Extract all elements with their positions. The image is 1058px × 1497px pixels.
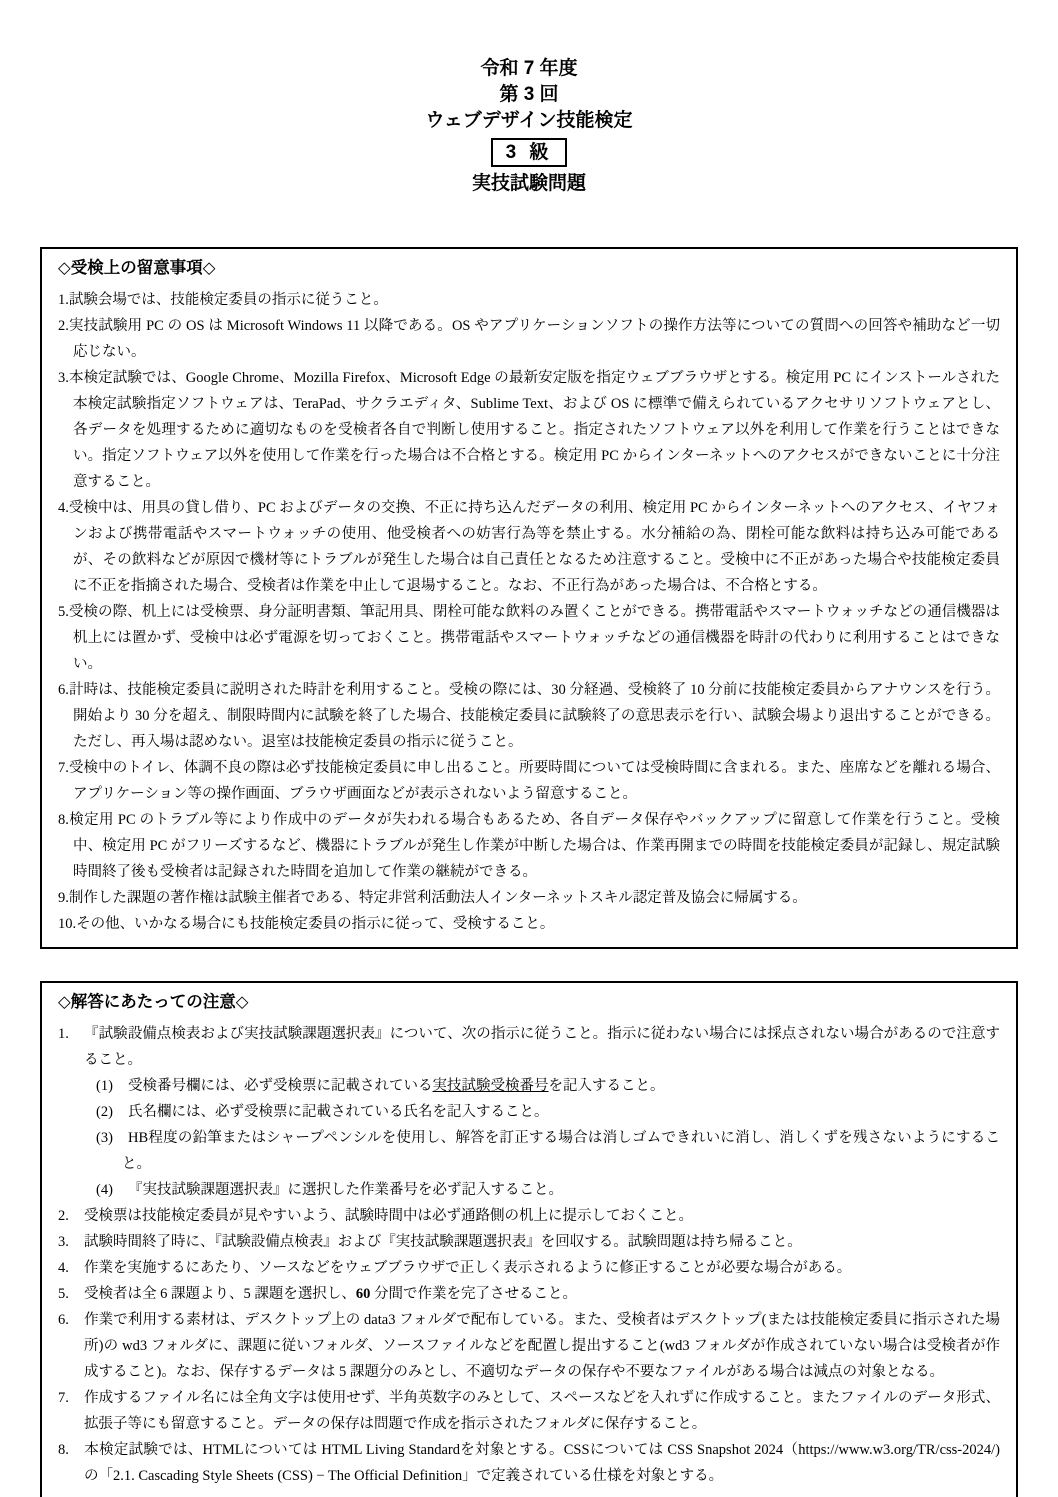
item-number: 5. [58, 1281, 84, 1307]
item-number: 2. [58, 1203, 84, 1229]
list-item: 6.作業で利用する素材は、デスクトップ上の data3 フォルダで配布している。… [58, 1307, 1000, 1385]
list-item: 3.本検定試験では、Google Chrome、Mozilla Firefox、… [58, 365, 1000, 495]
text-run: 『実技試験課題選択表』に選択した作業番号を必ず記入すること。 [128, 1182, 563, 1198]
item-number: 4. [58, 500, 69, 516]
item-number: 10. [58, 916, 76, 932]
text-run: 受検中のトイレ、体調不良の際は必ず技能検定委員に申し出ること。所要時間については… [69, 760, 1000, 802]
list-item: 6.計時は、技能検定委員に説明された時計を利用すること。受検の際には、30 分経… [58, 677, 1000, 755]
examination-notes-list: 1.試験会場では、技能検定委員の指示に従うこと。2.実技試験用 PC の OS … [58, 287, 1000, 937]
text-run: その他、いかなる場合にも技能検定委員の指示に従って、受検すること。 [76, 916, 554, 932]
exam-document-page: 令和 7 年度 第 3 回 ウェブデザイン技能検定 3 級 実技試験問題 ◇受検… [0, 0, 1058, 1497]
list-item: 5.受検者は全 6 課題より、5 課題を選択し、60 分間で作業を完了させること… [58, 1281, 1000, 1307]
list-item: 3.試験時間終了時に、『試験設備点検表』および『実技試験課題選択表』を回収する。… [58, 1229, 1000, 1255]
list-item: 1.試験会場では、技能検定委員の指示に従うこと。 [58, 287, 1000, 313]
text-run: 試験会場では、技能検定委員の指示に従うこと。 [69, 292, 388, 308]
title-year: 令和 7 年度 [0, 56, 1058, 82]
list-item: 2.受検票は技能検定委員が見やすいよう、試験時間中は必ず通路側の机上に提示してお… [58, 1203, 1000, 1229]
title-exam-name: ウェブデザイン技能検定 [0, 108, 1058, 134]
title-round: 第 3 回 [0, 82, 1058, 108]
text-run: 試験時間終了時に、『試験設備点検表』および『実技試験課題選択表』を回収する。試験… [84, 1234, 802, 1250]
grade-badge-row: 3 級 [0, 138, 1058, 167]
item-number: 8. [58, 1437, 84, 1463]
list-item: 1.『試験設備点検表および実技試験課題選択表』について、次の指示に従うこと。指示… [58, 1021, 1000, 1073]
item-number: (1) [96, 1073, 128, 1099]
item-number: 2. [58, 318, 69, 334]
text-run: 受検の際、机上には受検票、身分証明書類、筆記用具、閉栓可能な飲料のみ置くことがで… [69, 604, 1000, 672]
list-item: (3)HB程度の鉛筆またはシャープペンシルを使用し、解答を訂正する場合は消しゴム… [96, 1125, 1000, 1177]
title-subtitle: 実技試験問題 [0, 171, 1058, 197]
grade-badge: 3 級 [491, 138, 568, 167]
text-run: 作業で利用する素材は、デスクトップ上の data3 フォルダで配布している。また… [84, 1312, 1000, 1380]
list-item: 8.本検定試験では、HTMLについては HTML Living Standard… [58, 1437, 1000, 1489]
item-number: 1. [58, 292, 69, 308]
section-heading-examination-notes: ◇受検上の留意事項◇ [58, 255, 1000, 281]
item-number: (4) [96, 1177, 128, 1203]
item-number: 8. [58, 812, 69, 828]
item-number: 4. [58, 1255, 84, 1281]
text-run: 受検番号欄には、必ず受検票に記載されている [128, 1078, 433, 1094]
list-item: 7.受検中のトイレ、体調不良の際は必ず技能検定委員に申し出ること。所要時間につい… [58, 755, 1000, 807]
item-number: 6. [58, 1307, 84, 1333]
item-number: 5. [58, 604, 69, 620]
text-run: 受検者は全 6 課題より、5 課題を選択し、 [84, 1286, 356, 1302]
text-run: 分間で作業を完了させること。 [370, 1286, 577, 1302]
list-item: 2.実技試験用 PC の OS は Microsoft Windows 11 以… [58, 313, 1000, 365]
section-examination-notes: ◇受検上の留意事項◇ 1.試験会場では、技能検定委員の指示に従うこと。2.実技試… [40, 247, 1018, 949]
item-number: 9. [58, 890, 69, 906]
text-run: 『試験設備点検表および実技試験課題選択表』について、次の指示に従うこと。指示に従… [84, 1026, 1000, 1068]
item-number: (3) [96, 1125, 128, 1151]
text-run: 60 [356, 1286, 371, 1302]
list-item: (2)氏名欄には、必ず受検票に記載されている氏名を記入すること。 [96, 1099, 1000, 1125]
item-number: 7. [58, 1385, 84, 1411]
section-heading-answer-notes: ◇解答にあたっての注意◇ [58, 989, 1000, 1015]
list-item: (1)受検番号欄には、必ず受検票に記載されている実技試験受検番号を記入すること。 [96, 1073, 1000, 1099]
list-item: 4.受検中は、用具の貸し借り、PC およびデータの交換、不正に持ち込んだデータの… [58, 495, 1000, 599]
item-number: 1. [58, 1021, 84, 1047]
text-run: 制作した課題の著作権は試験主催者である、特定非営利活動法人インターネットスキル認… [69, 890, 807, 906]
text-run: 氏名欄には、必ず受検票に記載されている氏名を記入すること。 [128, 1104, 549, 1120]
text-run: 作業を実施するにあたり、ソースなどをウェブブラウザで正しく表示されるように修正す… [84, 1260, 851, 1276]
item-number: 6. [58, 682, 69, 698]
text-run: 受検票は技能検定委員が見やすいよう、試験時間中は必ず通路側の机上に提示しておくこ… [84, 1208, 693, 1224]
text-run: を記入すること。 [549, 1078, 665, 1094]
section-answer-notes: ◇解答にあたっての注意◇ 1.『試験設備点検表および実技試験課題選択表』について… [40, 981, 1018, 1497]
text-run: 本検定試験では、HTMLについては HTML Living Standardを対… [84, 1442, 1000, 1484]
text-run: 本検定試験では、Google Chrome、Mozilla Firefox、Mi… [69, 370, 1000, 490]
text-run: 作成するファイル名には全角文字は使用せず、半角英数字のみとして、スペースなどを入… [84, 1390, 1000, 1432]
text-run: 計時は、技能検定委員に説明された時計を利用すること。受検の際には、30 分経過、… [69, 682, 1000, 750]
list-item: 7.作成するファイル名には全角文字は使用せず、半角英数字のみとして、スペースなど… [58, 1385, 1000, 1437]
list-item: 8.検定用 PC のトラブル等により作成中のデータが失われる場合もあるため、各自… [58, 807, 1000, 885]
list-item: 4.作業を実施するにあたり、ソースなどをウェブブラウザで正しく表示されるように修… [58, 1255, 1000, 1281]
text-run: 受検中は、用具の貸し借り、PC およびデータの交換、不正に持ち込んだデータの利用… [69, 500, 1000, 594]
list-item: 10.その他、いかなる場合にも技能検定委員の指示に従って、受検すること。 [58, 911, 1000, 937]
text-run: 実技試験受検番号 [433, 1078, 549, 1094]
item-number: (2) [96, 1099, 128, 1125]
list-item: 9.制作した課題の著作権は試験主催者である、特定非営利活動法人インターネットスキ… [58, 885, 1000, 911]
text-run: 実技試験用 PC の OS は Microsoft Windows 11 以降で… [69, 318, 1000, 360]
text-run: HB程度の鉛筆またはシャープペンシルを使用し、解答を訂正する場合は消しゴムできれ… [122, 1130, 1000, 1172]
text-run: 検定用 PC のトラブル等により作成中のデータが失われる場合もあるため、各自デー… [69, 812, 1000, 880]
list-item: 5.受検の際、机上には受検票、身分証明書類、筆記用具、閉栓可能な飲料のみ置くこと… [58, 599, 1000, 677]
list-item: (4)『実技試験課題選択表』に選択した作業番号を必ず記入すること。 [96, 1177, 1000, 1203]
item-number: 3. [58, 1229, 84, 1255]
answer-notes-list: 1.『試験設備点検表および実技試験課題選択表』について、次の指示に従うこと。指示… [58, 1021, 1000, 1489]
item-number: 7. [58, 760, 69, 776]
item-number: 3. [58, 370, 69, 386]
document-title-block: 令和 7 年度 第 3 回 ウェブデザイン技能検定 3 級 実技試験問題 [0, 0, 1058, 197]
